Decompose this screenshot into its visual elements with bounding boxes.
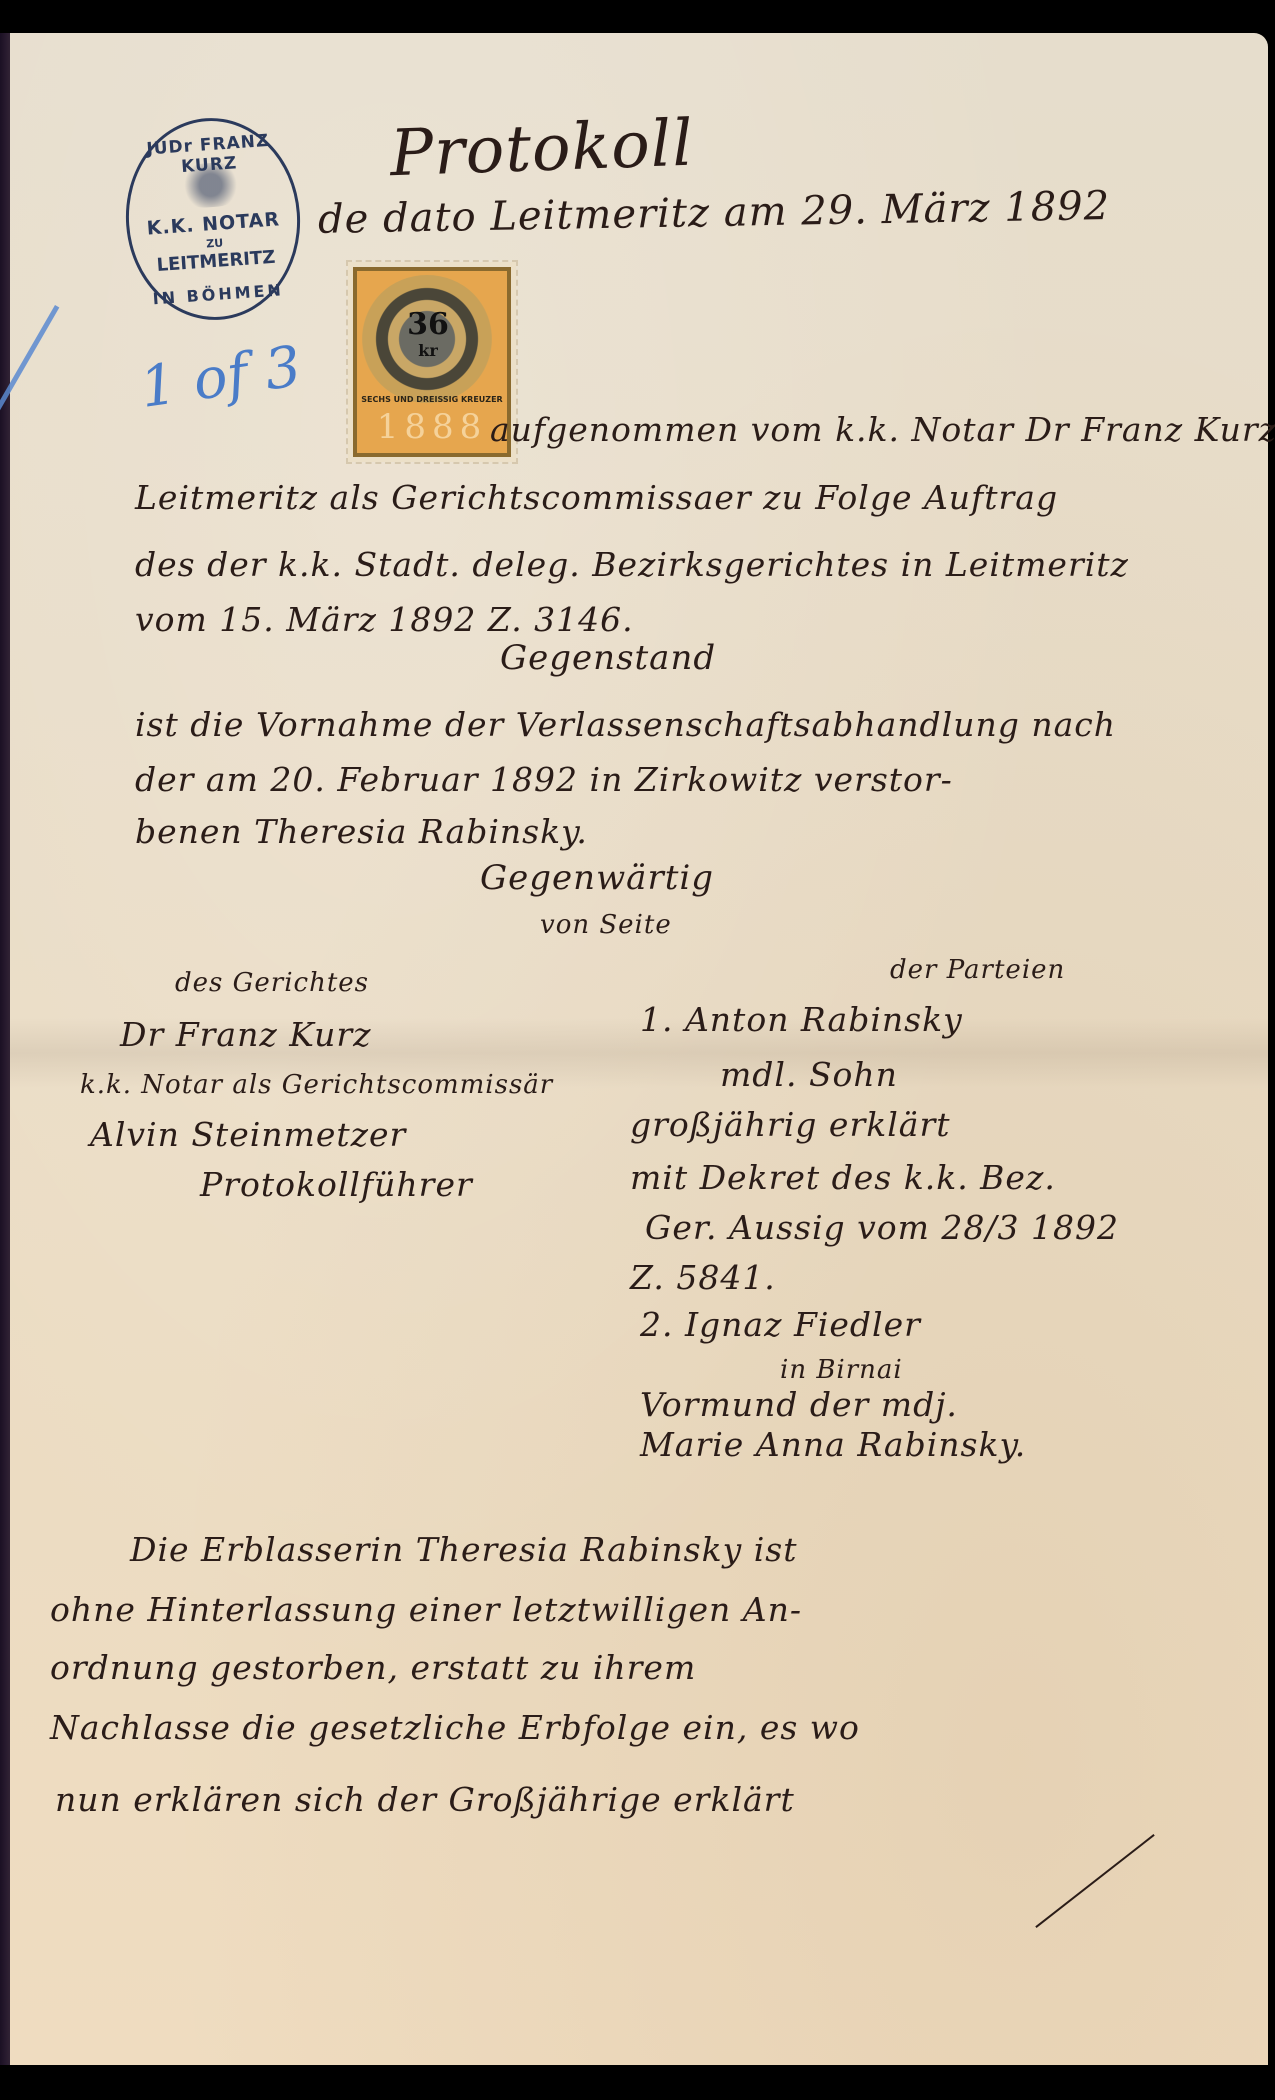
court-side-line: Dr Franz Kurz [120, 1015, 372, 1054]
subject-line: benen Theresia Rabinsky. [135, 812, 588, 851]
closing-line: ohne Hinterlassung einer letztwilligen A… [50, 1590, 802, 1629]
stamp-caption: SECHS UND DREISSIG KREUZER [353, 395, 511, 404]
stamp-year: 1888 [353, 407, 511, 447]
intro-line: des der k.k. Stadt. deleg. Bezirksgerich… [135, 545, 1129, 584]
intro-line: Leitmeritz als Gerichtscommissaer zu Fol… [135, 478, 1058, 517]
closing-line: nun erklären sich der Großjährige erklär… [55, 1780, 795, 1819]
present-subheading: von Seite [540, 910, 672, 940]
document-title: Protokoll [389, 107, 695, 192]
present-heading: Gegenwärtig [480, 858, 714, 898]
party-line: 2. Ignaz Fiedler [640, 1305, 921, 1344]
party-line: mit Dekret des k.k. Bez. [630, 1158, 1056, 1197]
court-side-line: k.k. Notar als Gerichtscommissär [80, 1070, 553, 1100]
party-line: Marie Anna Rabinsky. [640, 1425, 1026, 1464]
court-side-line: Alvin Steinmetzer [90, 1115, 406, 1154]
subject-line: ist die Vornahme der Verlassenschaftsabh… [135, 705, 1116, 744]
party-line: 1. Anton Rabinsky [640, 1000, 963, 1039]
subject-heading: Gegenstand [500, 638, 716, 678]
intro-line: aufgenommen vom k.k. Notar Dr Franz Kurz… [490, 410, 1275, 449]
party-line: Ger. Aussig vom 28/3 1892 [645, 1208, 1119, 1247]
party-line: Z. 5841. [630, 1258, 776, 1297]
subject-line: der am 20. Februar 1892 in Zirkowitz ver… [135, 760, 953, 799]
party-line: großjährig erklärt [630, 1105, 950, 1144]
stamp-unit: kr [403, 341, 453, 360]
closing-line: ordnung gestorben, erstatt zu ihrem [50, 1648, 696, 1687]
stamp-value: 36 [403, 307, 453, 342]
intro-line: vom 15. März 1892 Z. 3146. [135, 600, 634, 639]
eagle-emblem-icon [179, 161, 242, 209]
closing-line: Die Erblasserin Theresia Rabinsky ist [130, 1530, 798, 1569]
party-line: Vormund der mdj. [640, 1385, 958, 1424]
party-line: in Birnai [780, 1355, 903, 1385]
notary-seal-stamp: JUDr FRANZ KURZ K.K. NOTAR ZU LEITMERITZ… [119, 112, 307, 326]
closing-line: Nachlasse die gesetzliche Erbfolge ein, … [50, 1708, 860, 1747]
court-side-label: des Gerichtes [175, 968, 369, 998]
party-line: mdl. Sohn [720, 1055, 898, 1094]
parties-side-label: der Parteien [890, 955, 1065, 985]
court-side-line: Protokollführer [200, 1165, 473, 1204]
